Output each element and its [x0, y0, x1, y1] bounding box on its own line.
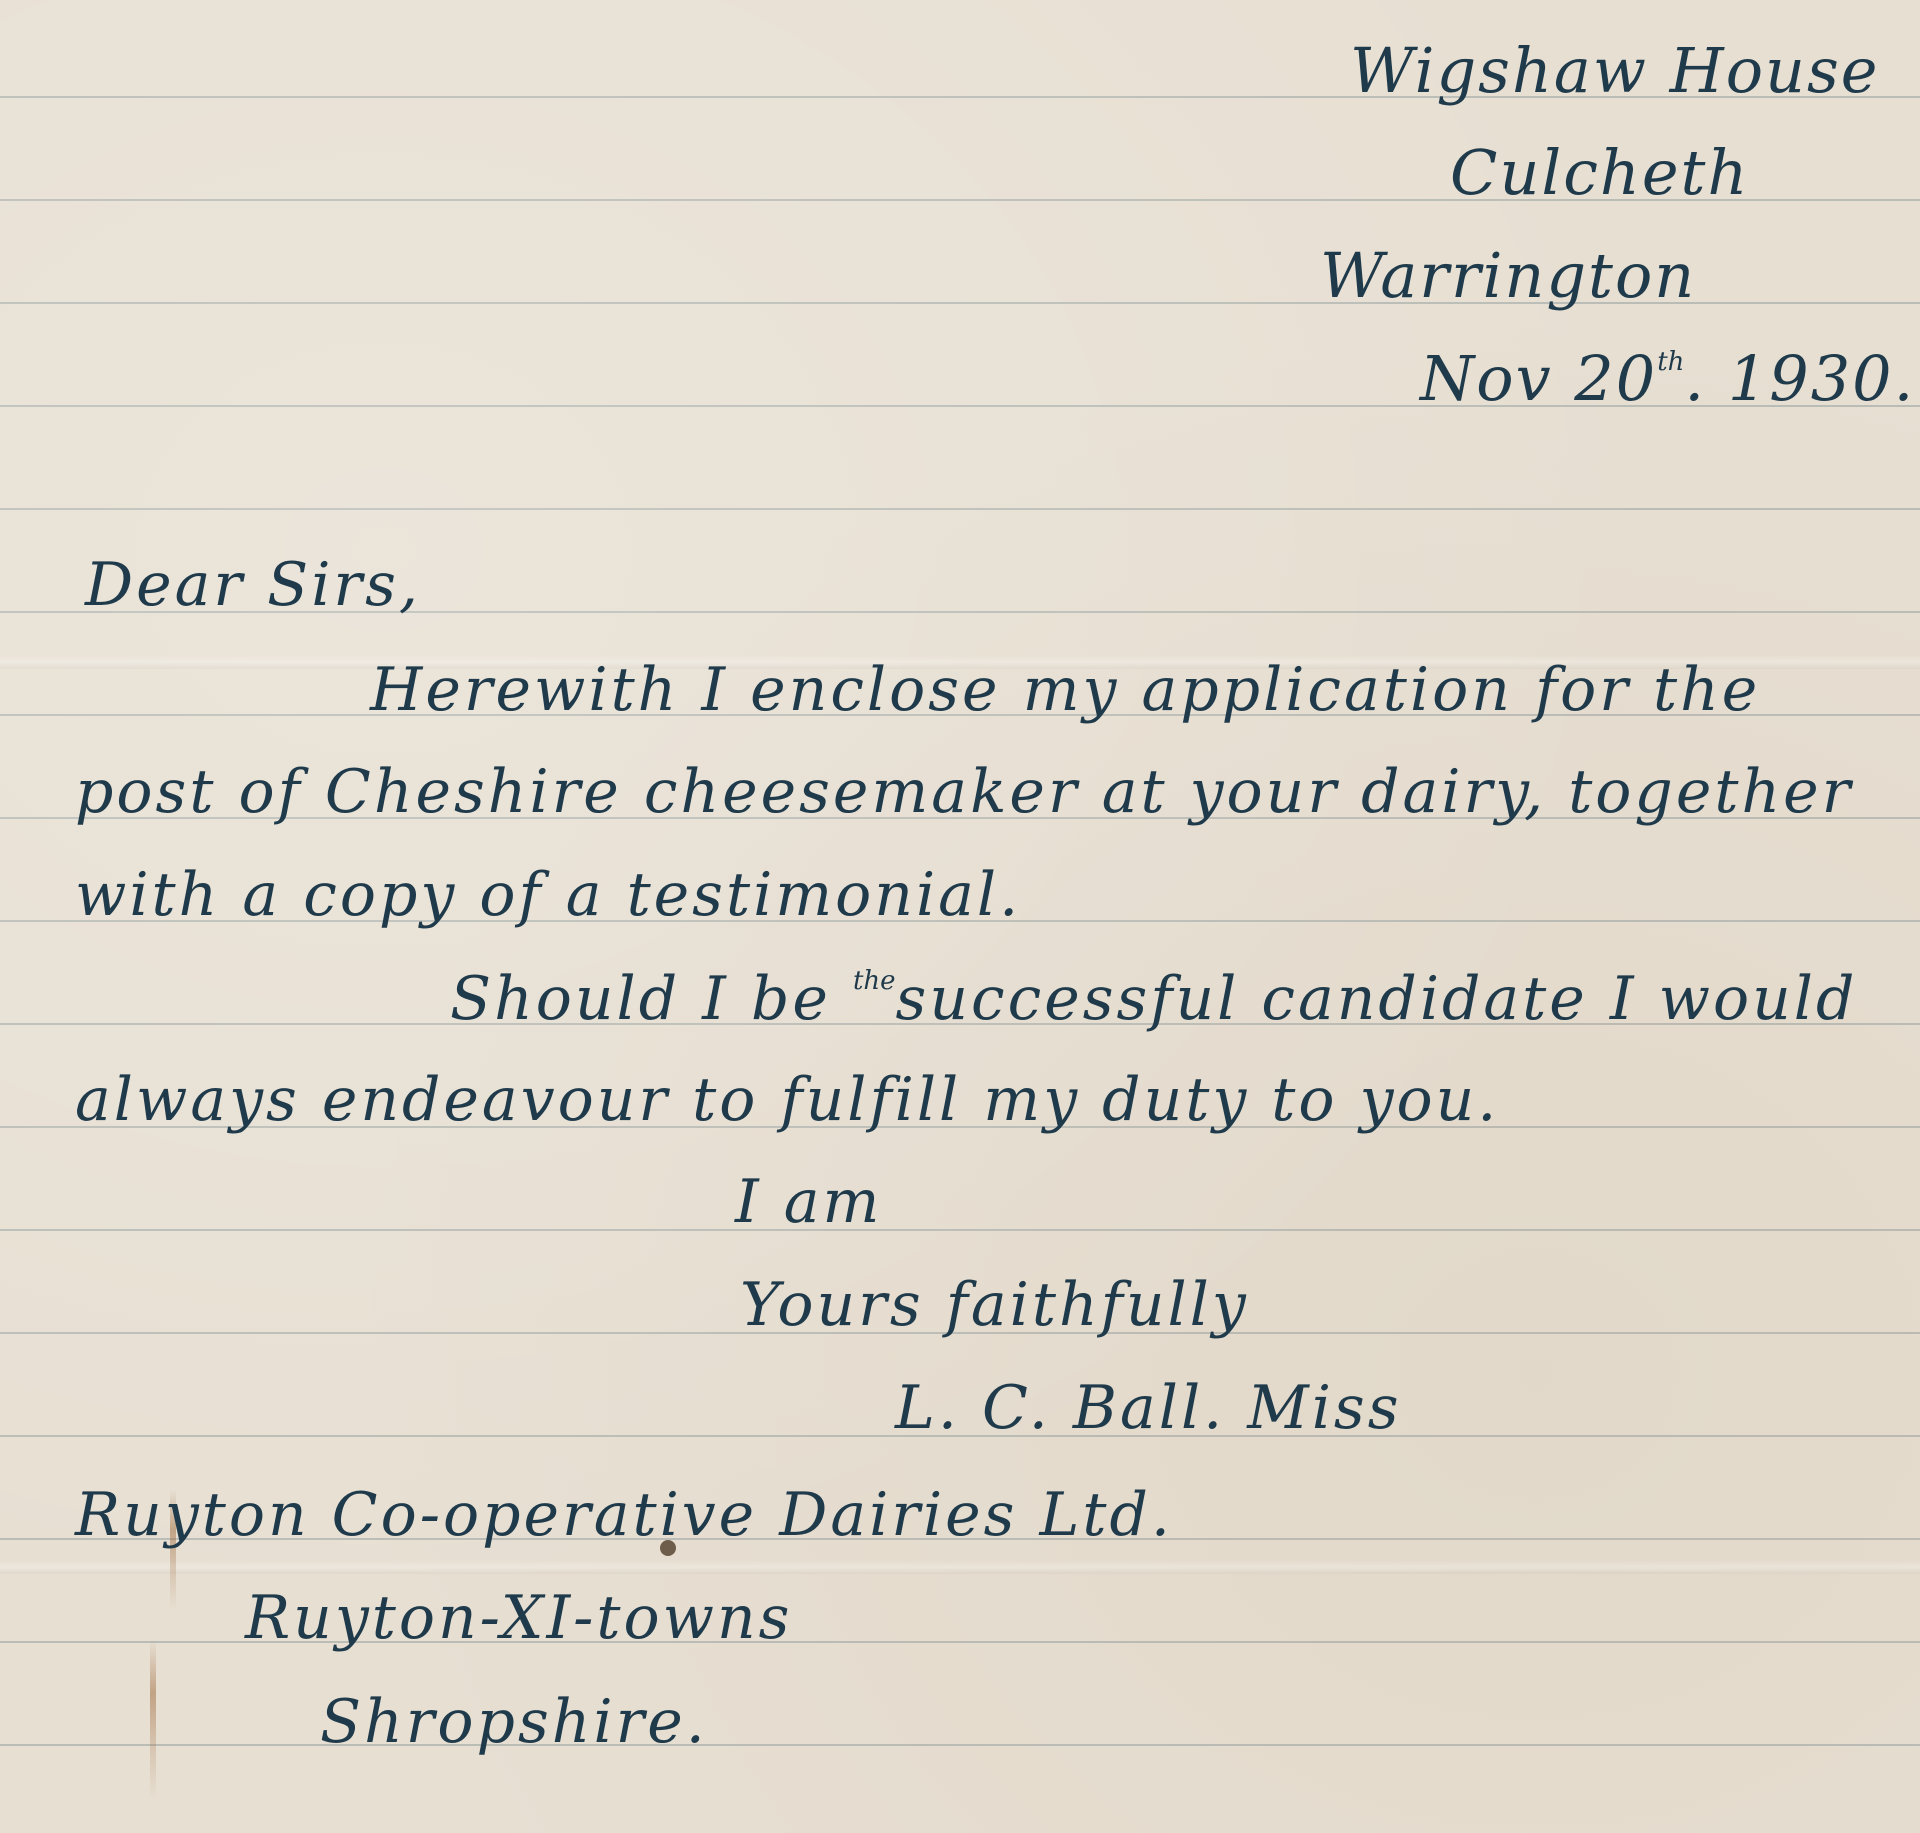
body-paragraph-1-line-1: Herewith I enclose my application for th… — [370, 660, 1760, 720]
letter-date: Nov 20th. 1930. — [1420, 348, 1915, 410]
body-paragraph-2-start: Should I be — [450, 964, 831, 1034]
date-year: . 1930. — [1684, 342, 1915, 415]
paper-fold — [0, 1560, 1920, 1574]
sender-address-line-2: Culcheth — [1450, 142, 1749, 204]
recipient-address-line-2: Ruyton-XI-towns — [245, 1588, 792, 1648]
closing-i-am: I am — [735, 1172, 882, 1232]
body-paragraph-2-line-1: Should I be thesuccessful candidate I wo… — [450, 968, 1857, 1029]
body-paragraph-2-rest: successful candidate I would — [896, 964, 1858, 1034]
rust-stain — [150, 1640, 156, 1800]
date-ordinal: th — [1657, 347, 1684, 377]
body-paragraph-1-line-2: post of Cheshire cheesemaker at your dai… — [75, 762, 1853, 822]
body-paragraph-1-line-3: with a copy of a testimonial. — [75, 865, 1021, 925]
date-day: Nov 20 — [1420, 342, 1657, 415]
salutation: Dear Sirs, — [85, 555, 421, 615]
body-paragraph-2-line-2: always endeavour to fulfill my duty to y… — [75, 1070, 1499, 1130]
sender-address-line-1: Wigshaw House — [1350, 40, 1879, 102]
recipient-address-line-3: Shropshire. — [320, 1692, 708, 1752]
signature: L. C. Ball. Miss — [895, 1378, 1402, 1438]
inserted-word: the — [853, 966, 896, 996]
recipient-address-line-1: Ruyton Co-operative Dairies Ltd. — [75, 1485, 1173, 1545]
letter-page: Wigshaw House Culcheth Warrington Nov 20… — [0, 0, 1920, 1833]
closing-yours-faithfully: Yours faithfully — [740, 1275, 1249, 1335]
sender-address-line-3: Warrington — [1320, 245, 1696, 307]
